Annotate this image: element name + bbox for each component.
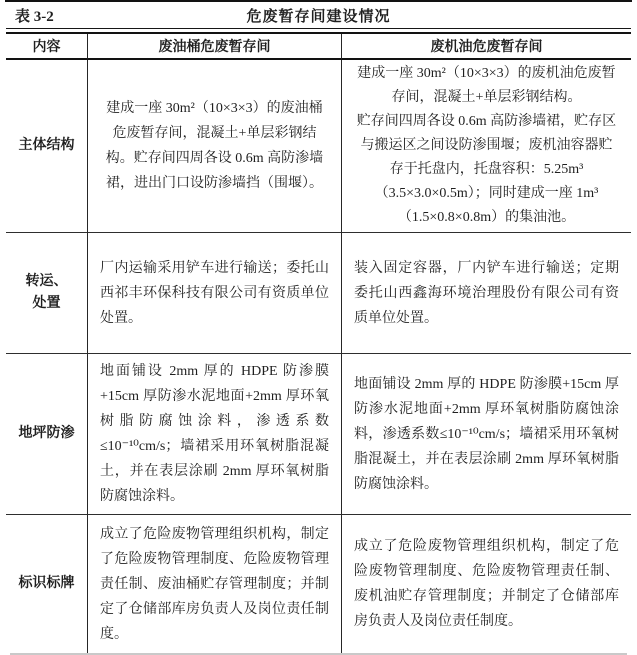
cell-text: 厂内运输采用铲车进行输送；委托山西祁丰环保科技有限公司有资质单位处置。 bbox=[88, 256, 341, 331]
cell-text: 装入固定容器，厂内铲车进行输送；定期委托山西鑫海环境治理股份有限公司有资质单位处… bbox=[342, 256, 631, 331]
construction-table: 内容 废油桶危废暂存间 废机油危废暂存间 主体结构 建成一座 30m²（10×3… bbox=[6, 34, 631, 653]
document-page: 表 3-2 危废暂存间建设情况 内容 废油桶危废暂存间 废机油危废暂存间 主体结… bbox=[0, 0, 637, 655]
cell-structure-oil-barrel: 建成一座 30m²（10×3×3）的废油桶危废暂存间，混凝土+单层彩钢结构。贮存… bbox=[88, 60, 342, 233]
table-title: 危废暂存间建设情况 bbox=[246, 5, 390, 26]
header-waste-oil-room: 废机油危废暂存间 bbox=[342, 34, 631, 60]
row-label-floor-seepage: 地坪防渗 bbox=[6, 354, 88, 515]
table-caption-row: 表 3-2 危废暂存间建设情况 bbox=[0, 2, 637, 28]
cell-text: 建成一座 30m²（10×3×3）的废油桶危废暂存间，混凝土+单层彩钢结构。贮存… bbox=[88, 96, 341, 196]
cell-text: 成立了危险废物管理组织机构，制定了危险废物管理制度、危险废物管理责任制、废油桶贮… bbox=[88, 522, 341, 647]
row-label-structure: 主体结构 bbox=[6, 60, 88, 233]
cell-text: 地面铺设 2mm 厚的 HDPE 防渗膜+15cm 厚防渗水泥地面+2mm 厚环… bbox=[88, 359, 341, 509]
header-content: 内容 bbox=[6, 34, 88, 60]
header-oil-barrel-room: 废油桶危废暂存间 bbox=[88, 34, 342, 60]
row-label-signage: 标识标牌 bbox=[6, 515, 88, 653]
cell-signage-oil-barrel: 成立了危险废物管理组织机构，制定了危险废物管理制度、危险废物管理责任制、废油桶贮… bbox=[88, 515, 342, 653]
cell-seepage-waste-oil: 地面铺设 2mm 厚的 HDPE 防渗膜+15cm 厚防渗水泥地面+2mm 厚环… bbox=[342, 354, 631, 515]
cell-structure-waste-oil: 建成一座 30m²（10×3×3）的废机油危废暂存间，混凝土+单层彩钢结构。 贮… bbox=[342, 60, 631, 233]
cell-text: 建成一座 30m²（10×3×3）的废机油危废暂存间，混凝土+单层彩钢结构。 贮… bbox=[342, 62, 631, 230]
row-label-transfer-disposal: 转运、 处置 bbox=[6, 233, 88, 354]
cell-text: 地面铺设 2mm 厚的 HDPE 防渗膜+15cm 厚防渗水泥地面+2mm 厚环… bbox=[342, 372, 631, 497]
table-number-label: 表 3-2 bbox=[15, 5, 54, 26]
cell-signage-waste-oil: 成立了危险废物管理组织机构，制定了危险废物管理制度、危险废物管理责任制、废机油贮… bbox=[342, 515, 631, 653]
cell-transfer-waste-oil: 装入固定容器，厂内铲车进行输送；定期委托山西鑫海环境治理股份有限公司有资质单位处… bbox=[342, 233, 631, 354]
cell-text: 成立了危险废物管理组织机构，制定了危险废物管理制度、危险废物管理责任制、废机油贮… bbox=[342, 534, 631, 634]
cell-transfer-oil-barrel: 厂内运输采用铲车进行输送；委托山西祁丰环保科技有限公司有资质单位处置。 bbox=[88, 233, 342, 354]
cell-seepage-oil-barrel: 地面铺设 2mm 厚的 HDPE 防渗膜+15cm 厚防渗水泥地面+2mm 厚环… bbox=[88, 354, 342, 515]
